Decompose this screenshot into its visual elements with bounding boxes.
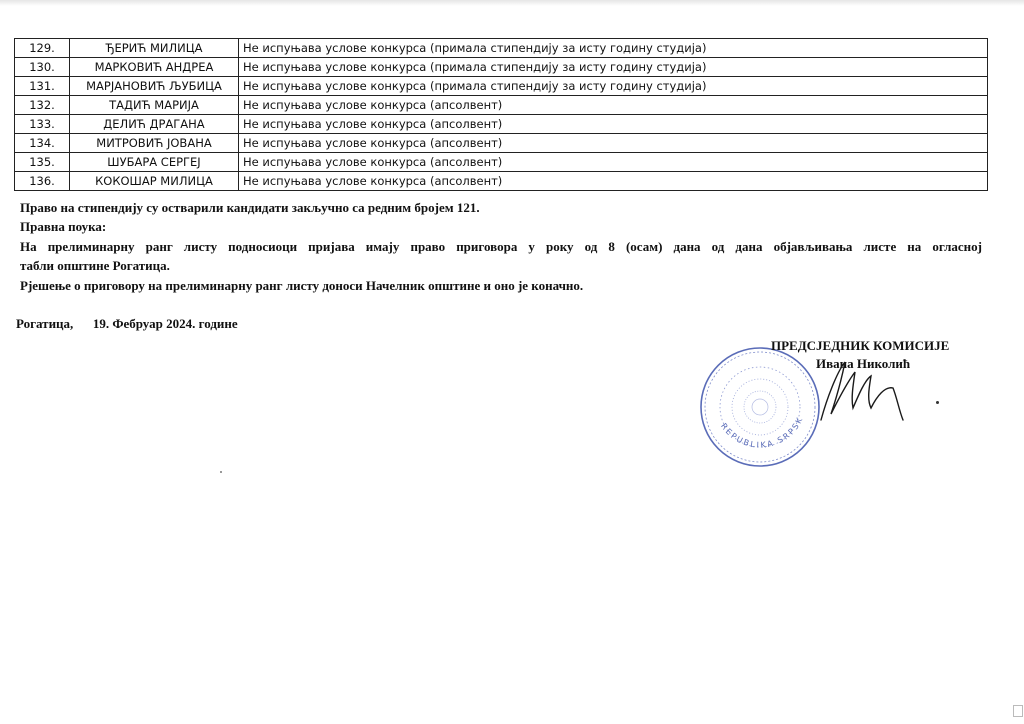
status-reason: Не испуњава услове конкурса (апсолвент) [239, 96, 988, 115]
row-number: 134. [15, 134, 70, 153]
results-table: 129. ЂЕРИЋ МИЛИЦА Не испуњава услове кон… [14, 38, 988, 191]
status-reason: Не испуњава услове конкурса (апсолвент) [239, 172, 988, 191]
table-row: 129. ЂЕРИЋ МИЛИЦА Не испуњава услове кон… [15, 39, 988, 58]
scan-speck [220, 471, 222, 473]
ink-mark [936, 401, 939, 404]
table-row: 133. ДЕЛИЋ ДРАГАНА Не испуњава услове ко… [15, 115, 988, 134]
candidate-name: ЂЕРИЋ МИЛИЦА [70, 39, 239, 58]
table-row: 130. МАРКОВИЋ АНДРЕА Не испуњава услове … [15, 58, 988, 77]
place-and-date: Рогатица, 19. Фебруар 2024. године [16, 316, 238, 332]
candidate-name: МИТРОВИЋ ЈОВАНА [70, 134, 239, 153]
table-row: 135. ШУБАРА СЕРГЕЈ Не испуњава услове ко… [15, 153, 988, 172]
table-row: 131. МАРЈАНОВИЋ ЉУБИЦА Не испуњава услов… [15, 77, 988, 96]
table-row: 136. КОКОШАР МИЛИЦА Не испуњава услове к… [15, 172, 988, 191]
row-number: 135. [15, 153, 70, 172]
candidate-name: ШУБАРА СЕРГЕЈ [70, 153, 239, 172]
scanner-watermark-icon [1013, 705, 1023, 717]
handwritten-signature-icon [815, 358, 915, 428]
row-number: 129. [15, 39, 70, 58]
place: Рогатица, [16, 316, 73, 331]
status-reason: Не испуњава услове конкурса (примала сти… [239, 39, 988, 58]
row-number: 136. [15, 172, 70, 191]
legal-notice-heading: Правна поука: [20, 219, 106, 235]
decision-statement: Рјешење о приговору на прелиминарну ранг… [20, 278, 583, 294]
official-seal-icon: REPUBLIKA SRPSKA [698, 345, 822, 469]
row-number: 131. [15, 77, 70, 96]
scan-edge-shadow [0, 0, 1024, 6]
candidate-name: КОКОШАР МИЛИЦА [70, 172, 239, 191]
status-reason: Не испуњава услове конкурса (апсолвент) [239, 115, 988, 134]
candidate-name: МАРЈАНОВИЋ ЉУБИЦА [70, 77, 239, 96]
signatory-title: ПРЕДСЈЕДНИК КОМИСИЈЕ [771, 338, 949, 354]
status-reason: Не испуњава услове конкурса (примала сти… [239, 58, 988, 77]
candidate-name: МАРКОВИЋ АНДРЕА [70, 58, 239, 77]
candidate-name: ДЕЛИЋ ДРАГАНА [70, 115, 239, 134]
eligibility-statement: Право на стипендију су остварили кандида… [20, 200, 480, 216]
table-row: 132. ТАДИЋ МАРИЈА Не испуњава услове кон… [15, 96, 988, 115]
legal-notice-line-2: табли општине Рогатица. [20, 258, 170, 274]
candidate-name: ТАДИЋ МАРИЈА [70, 96, 239, 115]
status-reason: Не испуњава услове конкурса (апсолвент) [239, 153, 988, 172]
row-number: 133. [15, 115, 70, 134]
status-reason: Не испуњава услове конкурса (примала сти… [239, 77, 988, 96]
row-number: 132. [15, 96, 70, 115]
row-number: 130. [15, 58, 70, 77]
legal-notice-line-1: На прелиминарну ранг листу подносиоци пр… [20, 239, 982, 255]
date: 19. Фебруар 2024. године [93, 316, 238, 331]
status-reason: Не испуњава услове конкурса (апсолвент) [239, 134, 988, 153]
table-row: 134. МИТРОВИЋ ЈОВАНА Не испуњава услове … [15, 134, 988, 153]
